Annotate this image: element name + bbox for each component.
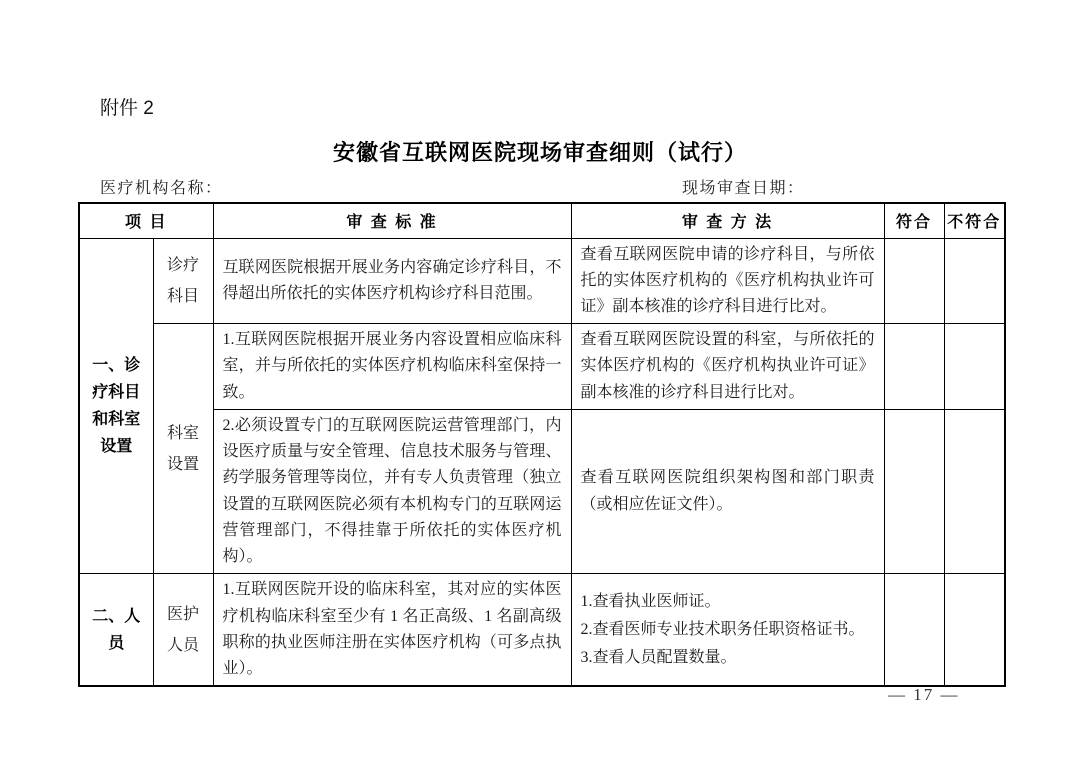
method-cell: 查看互联网医院组织架构图和部门职责（或相应佐证文件）。 [571,409,884,573]
sub-item-department-setup: 科室设置 [153,324,213,574]
table-row: 二、人员 医护人员 1.互联网医院开设的临床科室，其对应的实体医疗机构临床科室至… [79,574,1005,686]
pass-check-cell [884,324,944,410]
fail-check-cell [944,238,1005,324]
col-header-method: 审 查 方 法 [571,203,884,238]
table-header-row: 项 目 审 查 标 准 审 查 方 法 符合 不符合 [79,203,1005,238]
attachment-label: 附件 2 [100,93,154,120]
col-header-fail: 不符合 [944,203,1005,238]
document-page: 附件 2 安徽省互联网医院现场审查细则（试行） 医疗机构名称： 现场审查日期： … [0,0,1080,763]
pass-check-cell [884,574,944,686]
review-date-label: 现场审查日期： [682,175,805,198]
group-label-personnel: 二、人员 [79,574,153,686]
sub-item-medical-staff: 医护人员 [153,574,213,686]
sub-item-diagnosis-subjects: 诊疗科目 [153,238,213,324]
standard-cell: 1.互联网医院根据开展业务内容设置相应临床科室，并与所依托的实体医疗机构临床科室… [213,324,571,410]
method-cell: 查看互联网医院设置的科室，与所依托的实体医疗机构的《医疗机构执业许可证》副本核准… [571,324,884,410]
col-header-standard: 审 查 标 准 [213,203,571,238]
fail-check-cell [944,574,1005,686]
standard-cell: 1.互联网医院开设的临床科室，其对应的实体医疗机构临床科室至少有 1 名正高级、… [213,574,571,686]
pass-check-cell [884,238,944,324]
method-cell: 1.查看执业医师证。 2.查看医师专业技术职务任职资格证书。 3.查看人员配置数… [571,574,884,686]
org-name-label: 医疗机构名称： [100,175,223,198]
method-cell: 查看互联网医院申请的诊疗科目，与所依托的实体医疗机构的《医疗机构执业许可证》副本… [571,238,884,324]
pass-check-cell [884,409,944,573]
table-row: 一、诊疗科目和科室设置 诊疗科目 互联网医院根据开展业务内容确定诊疗科目，不得超… [79,238,1005,324]
review-table: 项 目 审 查 标 准 审 查 方 法 符合 不符合 一、诊疗科目和科室设置 诊… [78,202,1006,687]
standard-cell: 互联网医院根据开展业务内容确定诊疗科目，不得超出所依托的实体医疗机构诊疗科目范围… [213,238,571,324]
group-label-diagnosis-departments: 一、诊疗科目和科室设置 [79,238,153,574]
col-header-item: 项 目 [79,203,213,238]
table-row: 科室设置 1.互联网医院根据开展业务内容设置相应临床科室，并与所依托的实体医疗机… [79,324,1005,410]
page-title: 安徽省互联网医院现场审查细则（试行） [0,136,1080,167]
fail-check-cell [944,409,1005,573]
fail-check-cell [944,324,1005,410]
table-row: 2.必须设置专门的互联网医院运营管理部门，内设医疗质量与安全管理、信息技术服务与… [79,409,1005,573]
col-header-pass: 符合 [884,203,944,238]
standard-cell: 2.必须设置专门的互联网医院运营管理部门，内设医疗质量与安全管理、信息技术服务与… [213,409,571,573]
page-number: — 17 — [888,685,960,705]
